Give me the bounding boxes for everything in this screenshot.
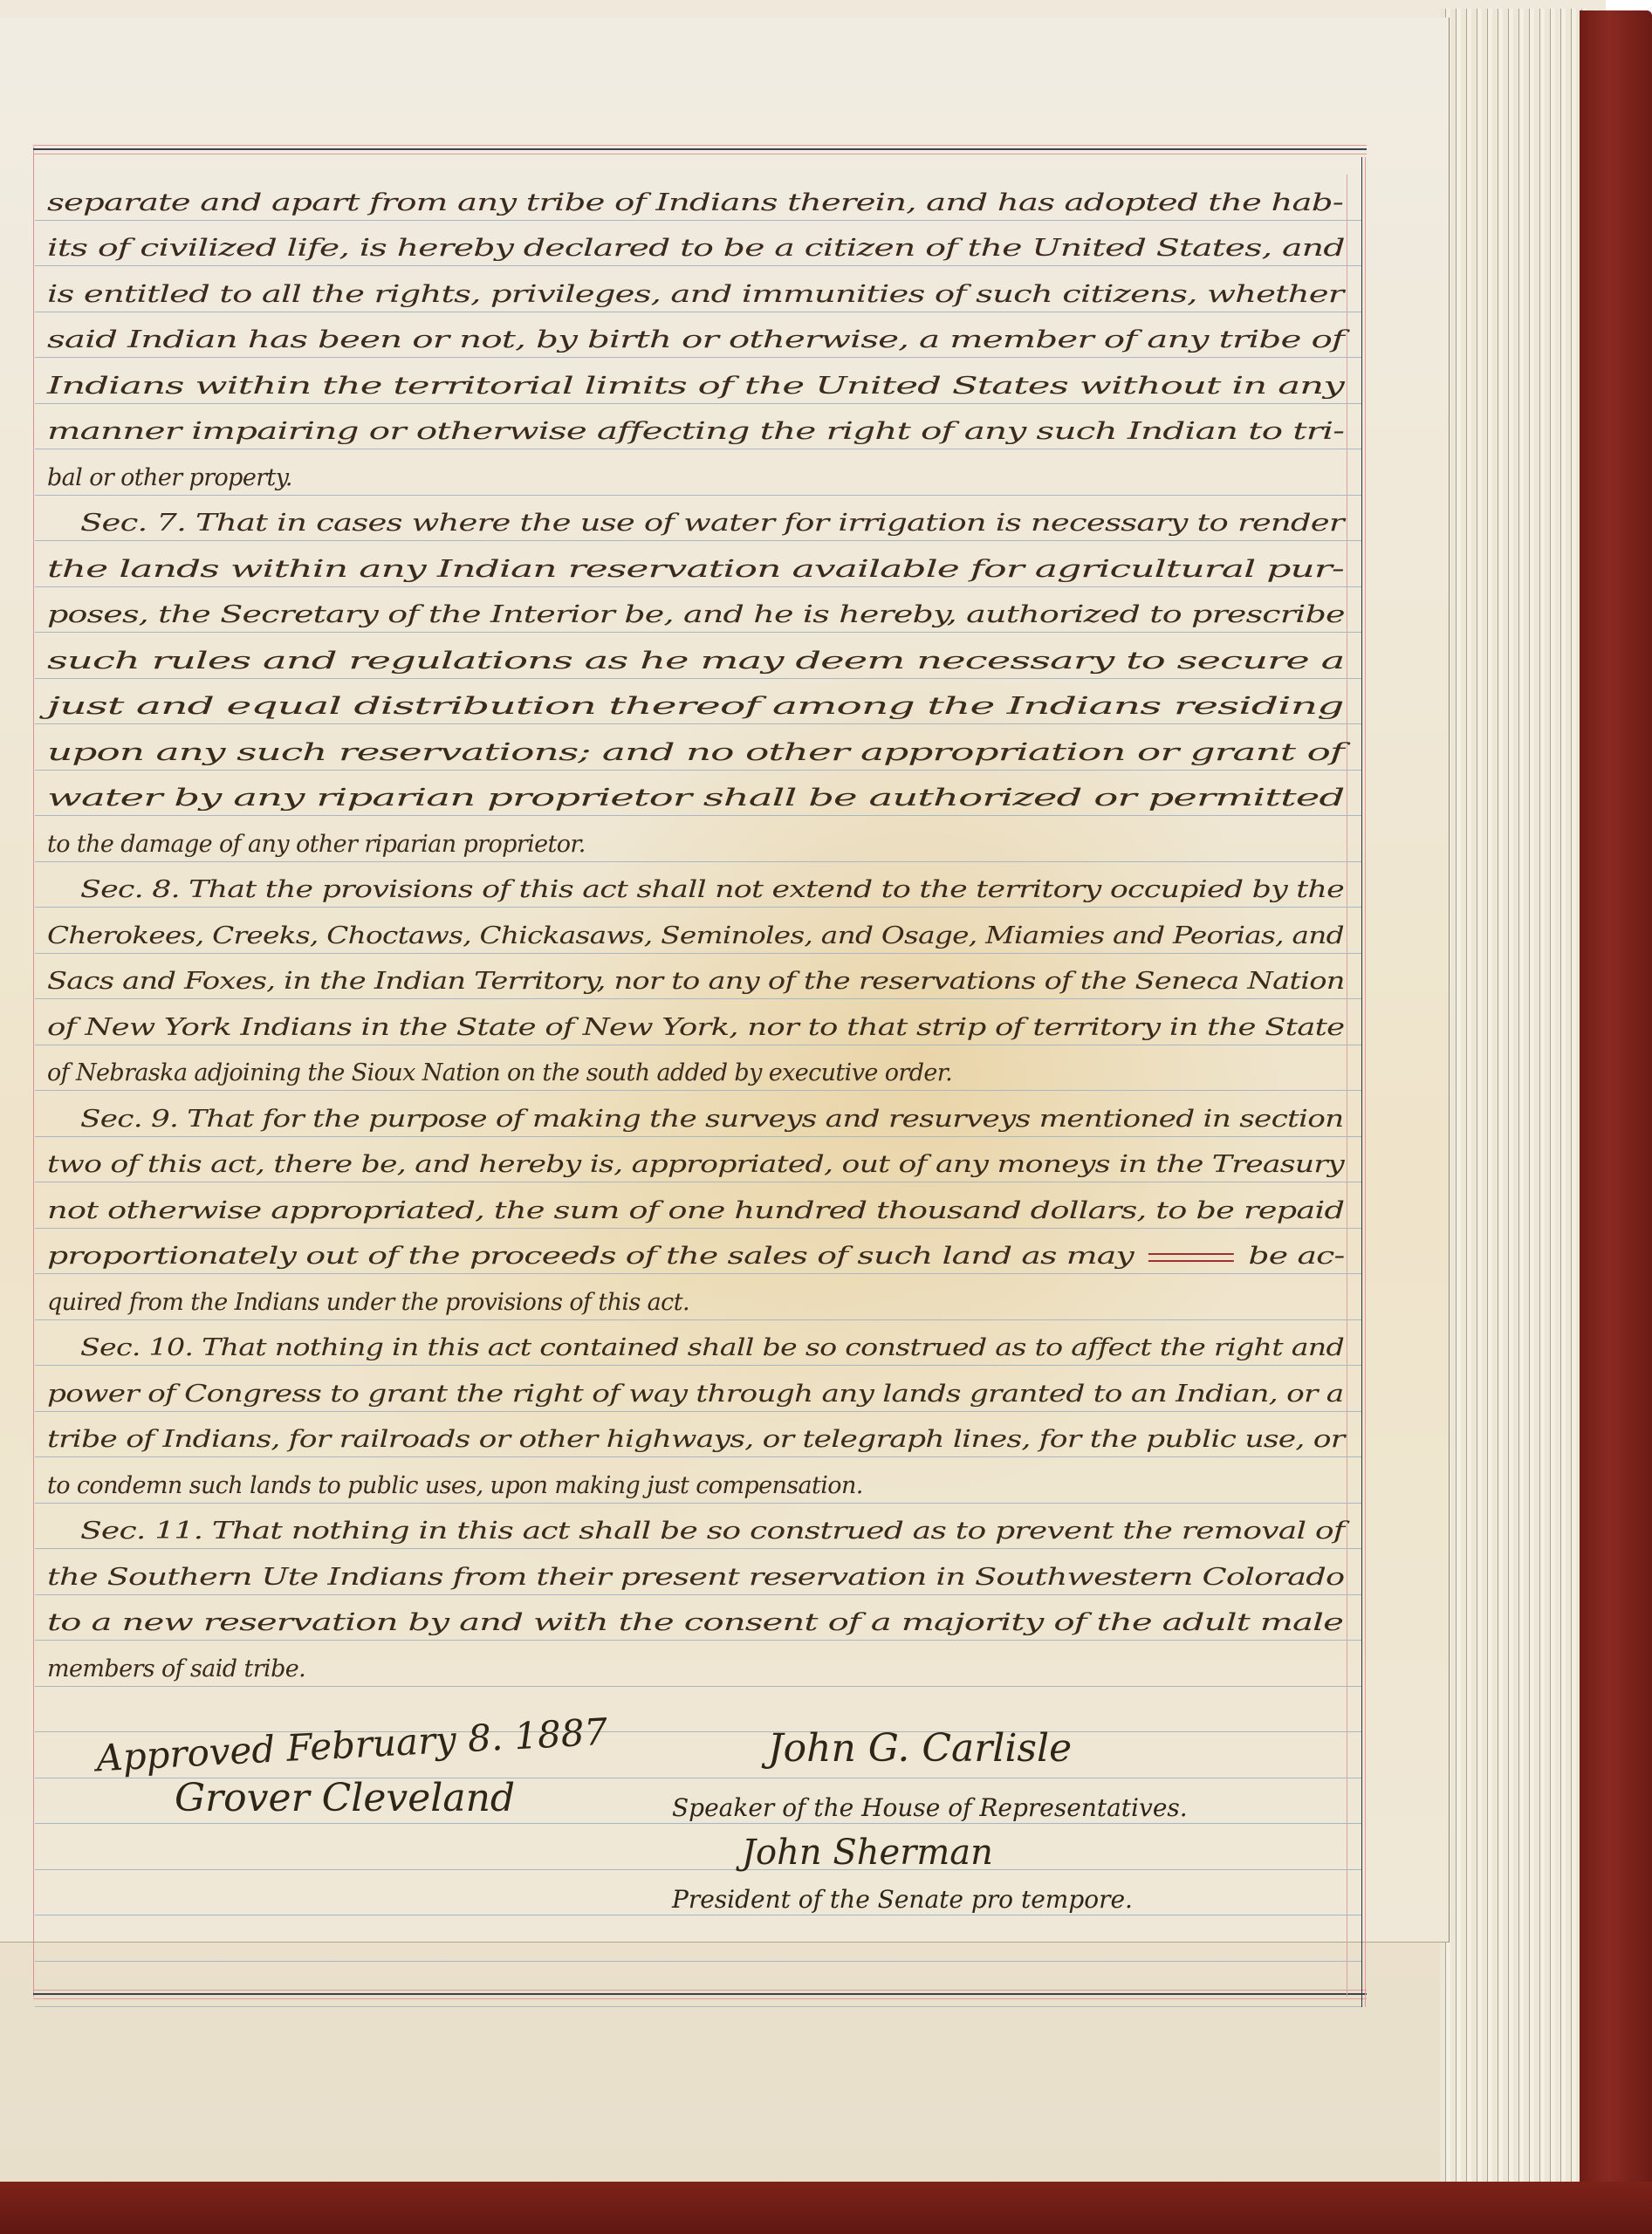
text-line: power of Congress to grant the right of … xyxy=(47,1381,1343,1408)
ruled-line: Sec. 7. That in cases where the use of w… xyxy=(35,496,1361,542)
ruled-line: Sec. 8. That the provisions of this act … xyxy=(35,862,1361,908)
ruled-line: just and equal distribution thereof amon… xyxy=(35,679,1361,725)
text-line: two of this act, there be, and hereby is… xyxy=(47,1151,1344,1178)
text-line: Sec. 11. That nothing in this act shall … xyxy=(80,1518,1344,1545)
ruled-line: members of said tribe. xyxy=(35,1641,1361,1687)
text-line: proportionately out of the proceeds of t… xyxy=(47,1243,1344,1270)
senate-president-title: President of the Senate pro tempore. xyxy=(672,1885,1133,1914)
ruled-line xyxy=(35,1962,1361,2008)
red-strike-mark xyxy=(1148,1253,1234,1262)
ruled-line: manner impairing or otherwise affecting … xyxy=(35,404,1361,450)
ruled-line: of Nebraska adjoining the Sioux Nation o… xyxy=(35,1045,1361,1092)
president-signature: Grover Cleveland xyxy=(175,1776,515,1820)
ruled-line: its of civilized life, is hereby declare… xyxy=(35,221,1361,267)
text-line: to a new reservation by and with the con… xyxy=(47,1609,1343,1636)
ruled-line xyxy=(35,1824,1361,1870)
ruled-line: Sec. 9. That for the purpose of making t… xyxy=(35,1091,1361,1137)
text-line: separate and apart from any tribe of Ind… xyxy=(47,189,1343,216)
ruled-line: Sacs and Foxes, in the Indian Territory,… xyxy=(35,954,1361,1000)
text-line: not otherwise appropriated, the sum of o… xyxy=(47,1197,1344,1224)
senate-signature: John Sherman xyxy=(742,1833,993,1873)
ruled-line: proportionately out of the proceeds of t… xyxy=(35,1229,1361,1275)
text-line: upon any such reservations; and no other… xyxy=(47,739,1344,766)
text-line: just and equal distribution thereof amon… xyxy=(47,693,1343,720)
text-line: poses, the Secretary of the Interior be,… xyxy=(47,601,1345,628)
text-line: Sec. 8. That the provisions of this act … xyxy=(80,876,1344,903)
text-continuation: be ac- xyxy=(1248,1243,1344,1270)
text-line: its of civilized life, is hereby declare… xyxy=(47,235,1345,262)
ruled-frame-right xyxy=(1361,157,1366,2007)
text-line: water by any riparian proprietor shall b… xyxy=(47,785,1344,812)
ruled-line: poses, the Secretary of the Interior be,… xyxy=(35,587,1361,634)
ruled-line xyxy=(35,1687,1361,1733)
text-line: is entitled to all the rights, privilege… xyxy=(47,281,1343,308)
ruled-line: water by any riparian proprietor shall b… xyxy=(35,771,1361,817)
ruled-line: the lands within any Indian reservation … xyxy=(35,541,1361,587)
text-line: Sec. 7. That in cases where the use of w… xyxy=(80,510,1344,537)
ruled-line: Indians within the territorial limits of… xyxy=(35,358,1361,404)
ruled-line: upon any such reservations; and no other… xyxy=(35,724,1361,771)
ruled-line: to condemn such lands to public uses, up… xyxy=(35,1457,1361,1504)
text-line: of New York Indians in the State of New … xyxy=(47,1014,1344,1041)
text-line: to condemn such lands to public uses, up… xyxy=(47,1472,863,1499)
page-edges xyxy=(1440,9,1593,2208)
ruled-line: such rules and regulations as he may dee… xyxy=(35,633,1361,679)
text-line: bal or other property. xyxy=(47,464,292,491)
ruled-line: of New York Indians in the State of New … xyxy=(35,999,1361,1045)
text-line: quired from the Indians under the provis… xyxy=(47,1289,689,1316)
text-line: the Southern Ute Indians from their pres… xyxy=(47,1564,1344,1591)
text-line: to the damage of any other riparian prop… xyxy=(47,831,586,858)
text-line: said Indian has been or not, by birth or… xyxy=(47,326,1344,353)
text-line: Indians within the territorial limits of… xyxy=(47,373,1344,400)
ruled-line: to the damage of any other riparian prop… xyxy=(35,816,1361,862)
ruled-line xyxy=(35,1915,1361,1962)
ruled-line: Cherokees, Creeks, Choctaws, Chickasaws,… xyxy=(35,908,1361,954)
text-line: manner impairing or otherwise affecting … xyxy=(47,418,1344,445)
document-page: separate and apart from any tribe of Ind… xyxy=(0,17,1450,1943)
ruled-line: tribe of Indians, for railroads or other… xyxy=(35,1412,1361,1458)
speaker-signature: John G. Carlisle xyxy=(768,1726,1072,1771)
ruled-line: bal or other property. xyxy=(35,449,1361,496)
ruled-line: the Southern Ute Indians from their pres… xyxy=(35,1549,1361,1595)
text-line: Sec. 10. That nothing in this act contai… xyxy=(80,1334,1344,1361)
ruled-frame-top xyxy=(33,145,1367,154)
book-cover-binding xyxy=(1580,10,1652,2234)
text-line: Cherokees, Creeks, Choctaws, Chickasaws,… xyxy=(47,922,1344,949)
ruled-line: is entitled to all the rights, privilege… xyxy=(35,266,1361,312)
ruled-line: Sec. 11. That nothing in this act shall … xyxy=(35,1504,1361,1550)
text-line: Sec. 9. That for the purpose of making t… xyxy=(80,1106,1343,1133)
text-line: the lands within any Indian reservation … xyxy=(47,556,1344,583)
ruled-line: Sec. 10. That nothing in this act contai… xyxy=(35,1320,1361,1367)
ruled-line: two of this act, there be, and hereby is… xyxy=(35,1137,1361,1183)
ruled-line: to a new reservation by and with the con… xyxy=(35,1595,1361,1641)
text-line: members of said tribe. xyxy=(47,1655,305,1682)
ruled-line: power of Congress to grant the right of … xyxy=(35,1366,1361,1412)
text-line: tribe of Indians, for railroads or other… xyxy=(47,1426,1344,1453)
text-line: such rules and regulations as he may dee… xyxy=(47,648,1344,675)
book-cover-bottom xyxy=(0,2182,1652,2234)
ruled-line: separate and apart from any tribe of Ind… xyxy=(35,175,1361,221)
ruled-line: quired from the Indians under the provis… xyxy=(35,1274,1361,1320)
ruled-line: said Indian has been or not, by birth or… xyxy=(35,312,1361,359)
ruled-line: not otherwise appropriated, the sum of o… xyxy=(35,1182,1361,1229)
text-line: of Nebraska adjoining the Sioux Nation o… xyxy=(47,1059,952,1086)
speaker-title: Speaker of the House of Representatives. xyxy=(672,1793,1188,1822)
text-line: Sacs and Foxes, in the Indian Territory,… xyxy=(47,968,1345,995)
